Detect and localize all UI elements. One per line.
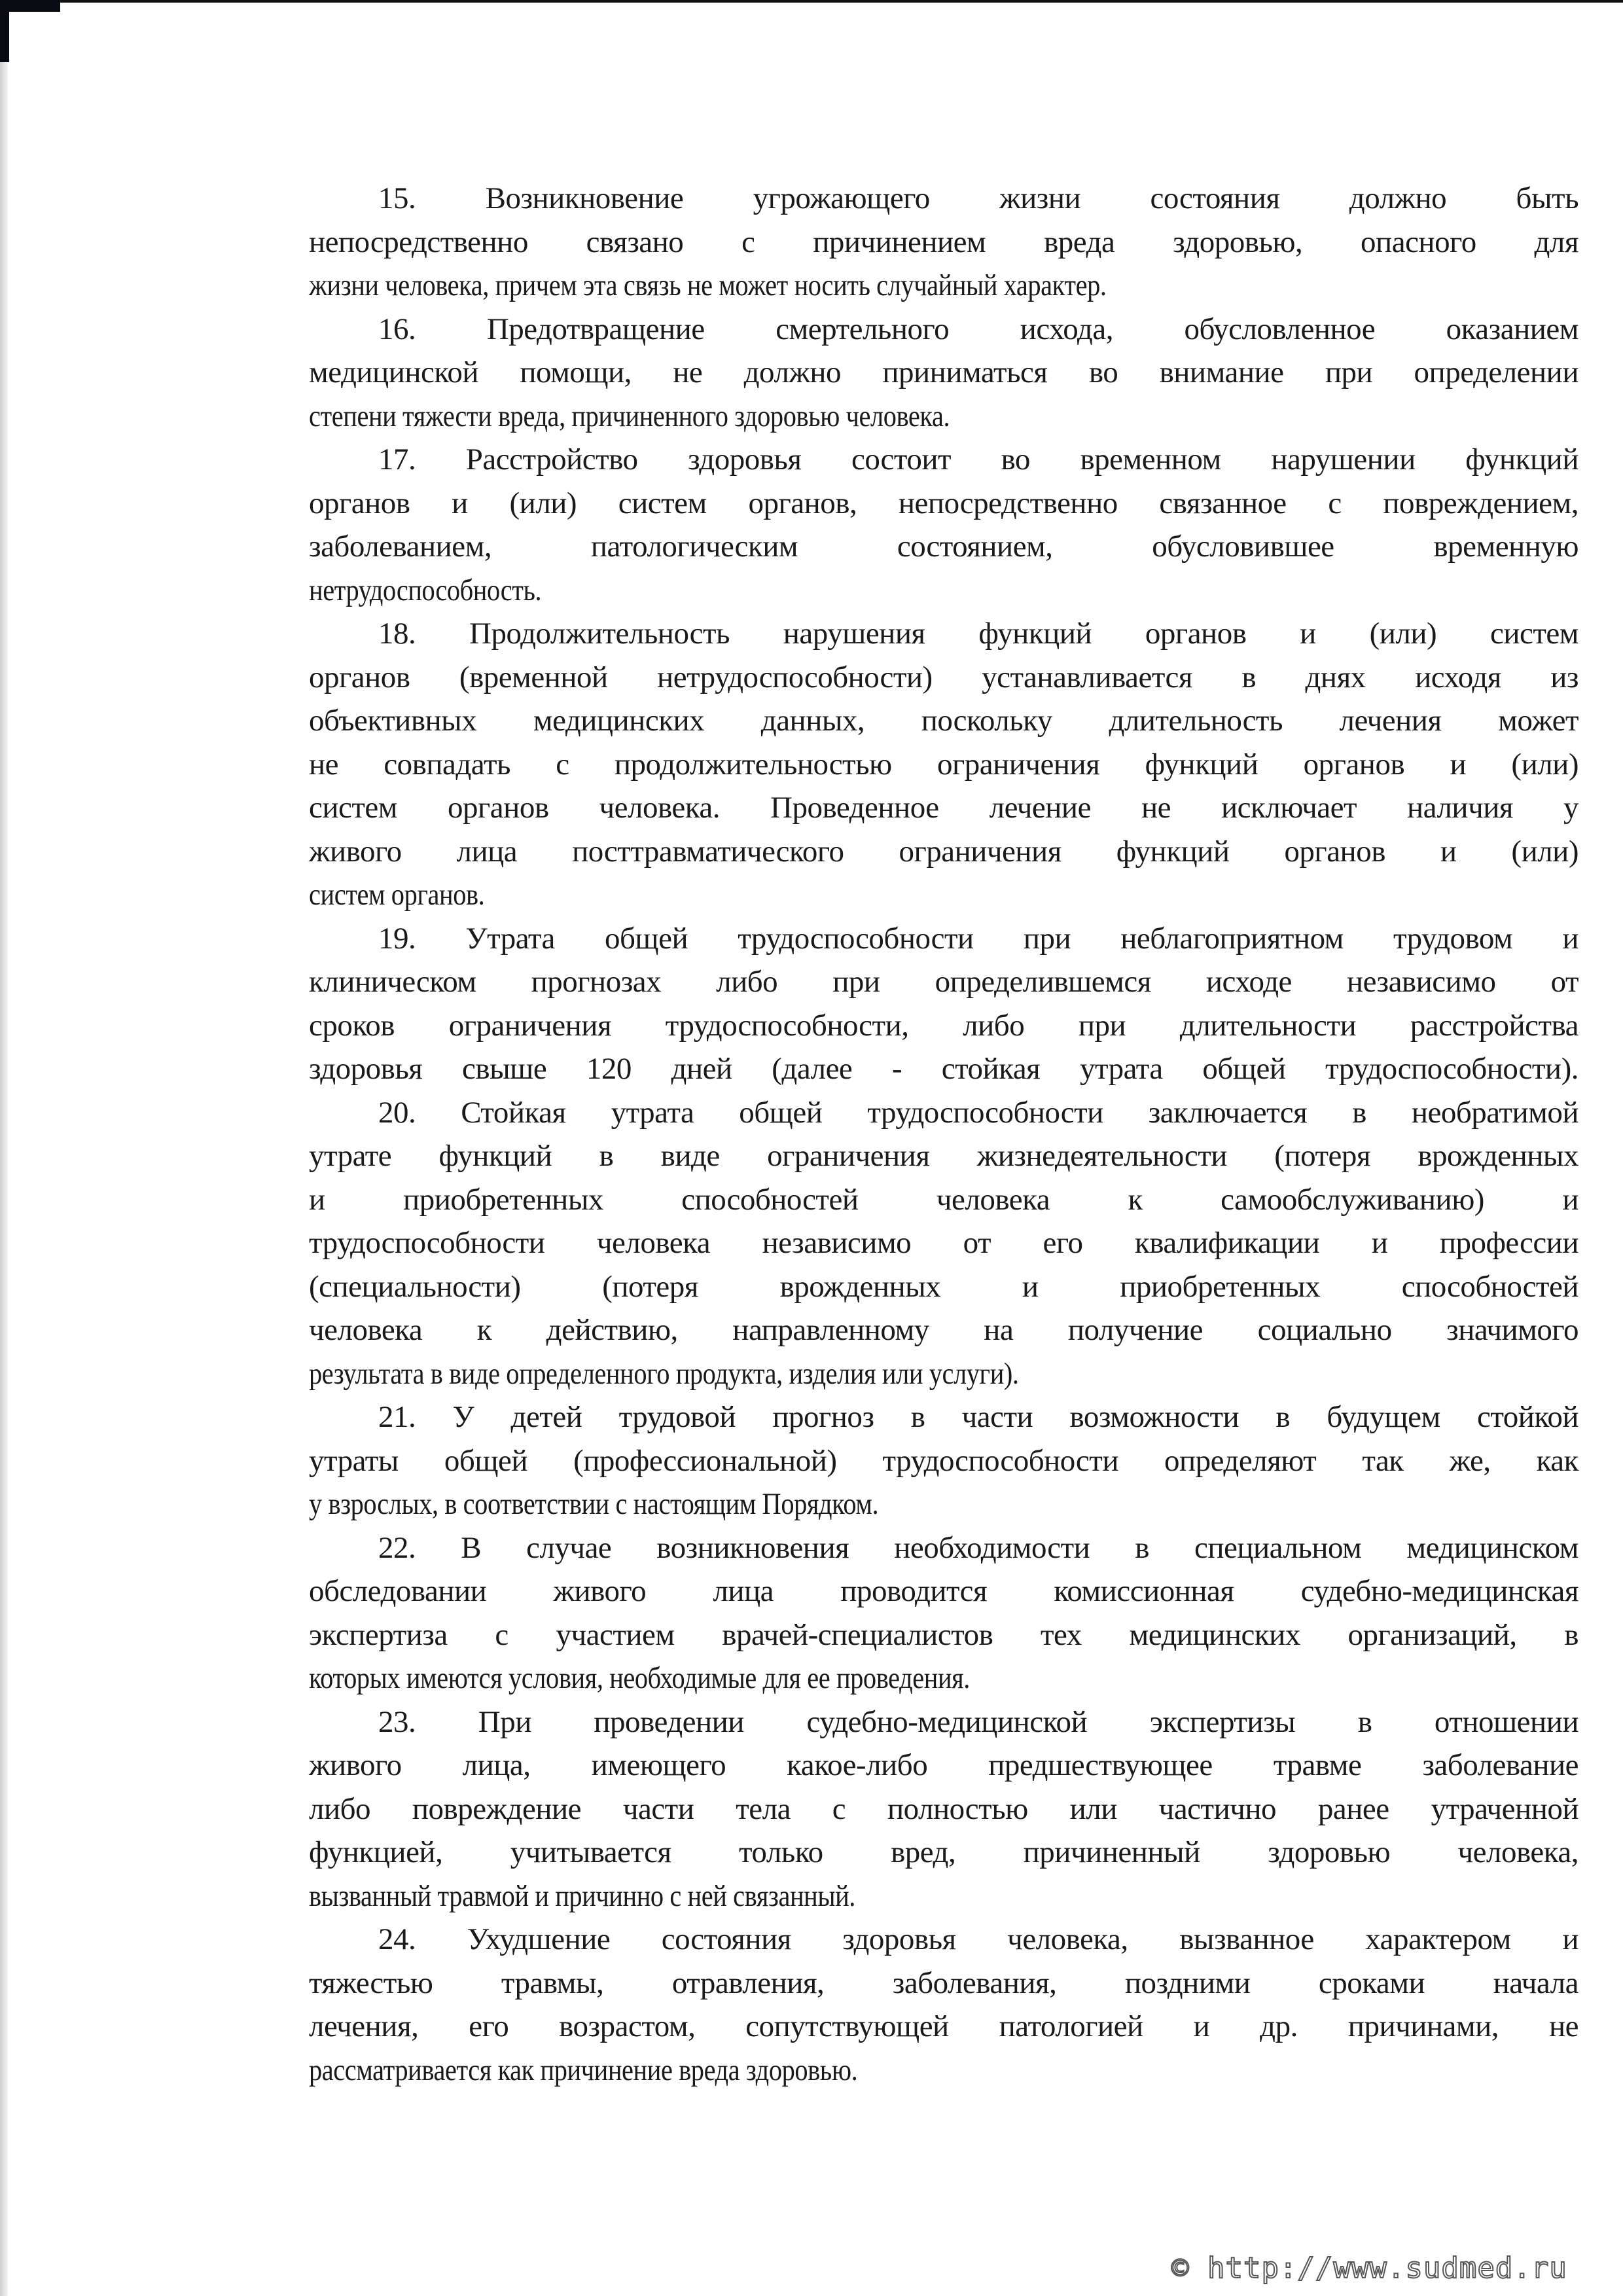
text-line: систем органов. bbox=[309, 873, 1578, 917]
text-line: экспертиза с участием врачей-специалисто… bbox=[309, 1613, 1578, 1657]
text-line: 15. Возникновение угрожающего жизни сост… bbox=[309, 177, 1578, 221]
paragraph-15: 15. Возникновение угрожающего жизни сост… bbox=[309, 177, 1578, 308]
text-line: объективных медицинских данных, поскольк… bbox=[309, 699, 1578, 743]
scan-border-left-dark bbox=[0, 0, 9, 62]
text-line: органов (временной нетрудоспособности) у… bbox=[309, 656, 1578, 700]
paragraph-19: 19. Утрата общей трудоспособности при не… bbox=[309, 917, 1578, 1091]
paragraph-16: 16. Предотвращение смертельного исхода, … bbox=[309, 308, 1578, 439]
copyright-watermark: © http://www.sudmed.ru bbox=[1171, 2251, 1567, 2285]
paragraph-18: 18. Продолжительность нарушения функций … bbox=[309, 612, 1578, 917]
scan-border-top bbox=[0, 0, 1623, 3]
text-line: (специальности) (потеря врожденных и при… bbox=[309, 1265, 1578, 1309]
text-line: 18. Продолжительность нарушения функций … bbox=[309, 612, 1578, 656]
text-line: тяжестью травмы, отравления, заболевания… bbox=[309, 1962, 1578, 2005]
paragraph-17: 17. Расстройство здоровья состоит во вре… bbox=[309, 438, 1578, 612]
text-line: 16. Предотвращение смертельного исхода, … bbox=[309, 308, 1578, 351]
text-line: у взрослых, в соответствии с настоящим П… bbox=[309, 1482, 1578, 1526]
text-line: 22. В случае возникновения необходимости… bbox=[309, 1526, 1578, 1570]
text-line: органов и (или) систем органов, непосред… bbox=[309, 482, 1578, 526]
text-line: функцией, учитывается только вред, причи… bbox=[309, 1831, 1578, 1874]
text-line: которых имеются условия, необходимые для… bbox=[309, 1657, 1578, 1700]
text-line: рассматривается как причинение вреда здо… bbox=[309, 2049, 1578, 2092]
text-line: 19. Утрата общей трудоспособности при не… bbox=[309, 917, 1578, 961]
text-line: 21. У детей трудовой прогноз в части воз… bbox=[309, 1395, 1578, 1439]
text-line: заболеванием, патологическим состоянием,… bbox=[309, 525, 1578, 569]
paragraph-23: 23. При проведении судебно-медицинской э… bbox=[309, 1700, 1578, 1918]
text-line: степени тяжести вреда, причиненного здор… bbox=[309, 395, 1578, 439]
text-line: утраты общей (профессиональной) трудоспо… bbox=[309, 1439, 1578, 1483]
text-line: 23. При проведении судебно-медицинской э… bbox=[309, 1700, 1578, 1744]
text-line: лечения, его возрастом, сопутствующей па… bbox=[309, 2005, 1578, 2049]
paragraph-22: 22. В случае возникновения необходимости… bbox=[309, 1526, 1578, 1700]
text-line: трудоспособности человека независимо от … bbox=[309, 1221, 1578, 1265]
paragraph-21: 21. У детей трудовой прогноз в части воз… bbox=[309, 1395, 1578, 1526]
text-line: медицинской помощи, не должно приниматьс… bbox=[309, 351, 1578, 395]
text-line: систем органов человека. Проведенное леч… bbox=[309, 786, 1578, 830]
text-line: непосредственно связано с причинением вр… bbox=[309, 221, 1578, 264]
text-line: 17. Расстройство здоровья состоит во вре… bbox=[309, 438, 1578, 482]
text-line: не совпадать с продолжительностью ограни… bbox=[309, 743, 1578, 787]
document-page: 15. Возникновение угрожающего жизни сост… bbox=[309, 177, 1578, 2092]
text-line: результата в виде определенного продукта… bbox=[309, 1352, 1578, 1396]
text-line: живого лица, имеющего какое-либо предшес… bbox=[309, 1744, 1578, 1787]
text-line: жизни человека, причем эта связь не може… bbox=[309, 264, 1578, 308]
scan-border-left-shadow bbox=[0, 62, 8, 2296]
text-line: нетрудоспособность. bbox=[309, 569, 1578, 613]
text-line: вызванный травмой и причинно с ней связа… bbox=[309, 1874, 1578, 1918]
text-line: человека к действию, направленному на по… bbox=[309, 1308, 1578, 1352]
text-line: 24. Ухудшение состояния здоровья человек… bbox=[309, 1918, 1578, 1962]
text-line: сроков ограничения трудоспособности, либ… bbox=[309, 1004, 1578, 1048]
text-line: либо повреждение части тела с полностью … bbox=[309, 1787, 1578, 1831]
text-line: здоровья свыше 120 дней (далее - стойкая… bbox=[309, 1047, 1578, 1091]
text-line: утрате функций в виде ограничения жизнед… bbox=[309, 1134, 1578, 1178]
text-line: клиническом прогнозах либо при определив… bbox=[309, 960, 1578, 1004]
text-line: 20. Стойкая утрата общей трудоспособност… bbox=[309, 1091, 1578, 1135]
text-line: обследовании живого лица проводится коми… bbox=[309, 1570, 1578, 1613]
text-line: живого лица посттравматического ограниче… bbox=[309, 830, 1578, 874]
text-line: и приобретенных способностей человека к … bbox=[309, 1178, 1578, 1222]
paragraph-20: 20. Стойкая утрата общей трудоспособност… bbox=[309, 1091, 1578, 1396]
paragraph-24: 24. Ухудшение состояния здоровья человек… bbox=[309, 1918, 1578, 2092]
